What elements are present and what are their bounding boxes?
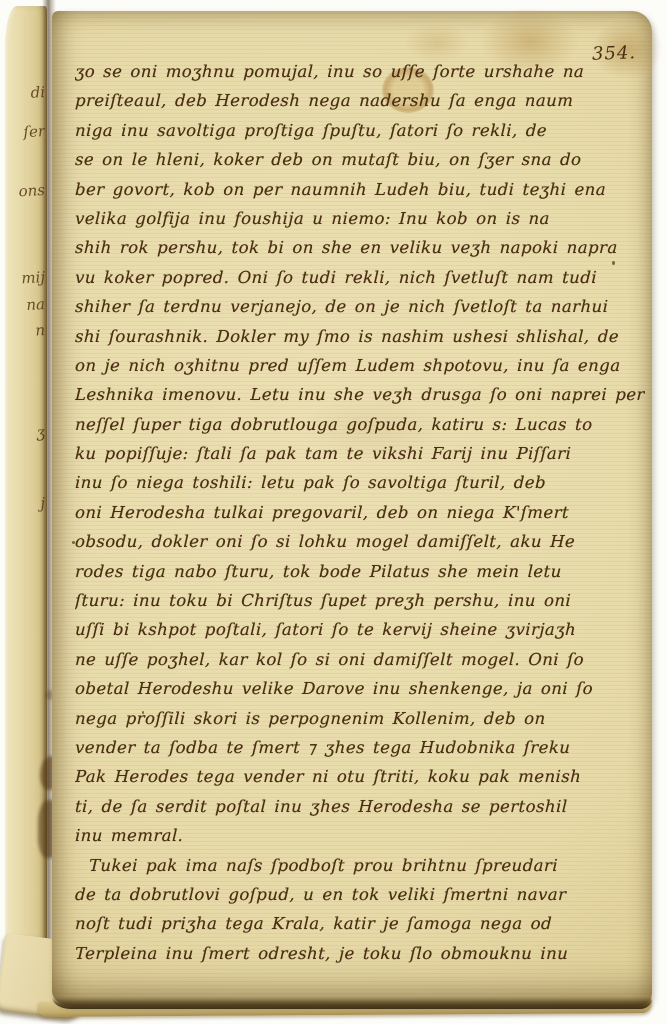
manuscript-line: obsodu, dokler oni ſo si lohku mogel dam… bbox=[75, 527, 645, 556]
manuscript-line: Tukei pak ima naſs ſpodboſt prou brihtnu… bbox=[75, 851, 645, 880]
manuscript-text-block: ʒo se oni moʒhnu pomujal, inu so uſſe ſo… bbox=[75, 57, 645, 982]
manuscript-line: ne uſſe poʒhel, kar kol ſo si oni damiſſ… bbox=[75, 645, 645, 674]
manuscript-line: oni Herodesha tulkai pregovaril, deb on … bbox=[75, 498, 645, 527]
manuscript-line: Leshnika imenovu. Letu inu she veʒh drus… bbox=[75, 380, 645, 409]
facing-page-text-fragment: di bbox=[7, 83, 46, 103]
manuscript-line: preiſteaul, deb Herodesh nega nadershu ſ… bbox=[75, 86, 645, 115]
manuscript-page: 354. ʒo se oni moʒhnu pomujal, inu so uſ… bbox=[52, 11, 652, 1006]
manuscript-line: shih rok pershu, tok bi on she en veliku… bbox=[75, 233, 645, 262]
manuscript-line: ber govort, kob on per naumnih Ludeh biu… bbox=[75, 175, 645, 204]
manuscript-line: uſſi bi kshpot poſtali, ſatori ſo te ker… bbox=[75, 615, 645, 644]
manuscript-line: neſſel ſuper tiga dobrutlouga goſpuda, k… bbox=[75, 410, 645, 439]
facing-page-text-fragment: ſer bbox=[7, 122, 46, 142]
manuscript-line: inu memral. bbox=[75, 821, 645, 850]
manuscript-line: vu koker popred. Oni ſo tudi rekli, nich… bbox=[75, 263, 645, 292]
manuscript-line: shiher ſa terdnu verjanejo, de on je nic… bbox=[75, 292, 645, 321]
manuscript-line: ku popiſſuje: ſtali ſa pak tam te vikshi… bbox=[75, 439, 645, 468]
manuscript-line: Terpleina inu ſmert odresht, je toku ſlo… bbox=[75, 939, 645, 968]
facing-page-text-fragment: mij bbox=[7, 268, 46, 288]
manuscript-line: rodes tiga nabo ſturu, tok bode Pilatus … bbox=[75, 557, 645, 586]
manuscript-scan: di ſer ons mij na n ʒ j 354. ʒo se oni m… bbox=[0, 0, 667, 1024]
manuscript-line: Pak Herodes tega vender ni otu ſtriti, k… bbox=[75, 762, 645, 791]
manuscript-line: niga inu savoltiga proſtiga ſpuſtu, ſato… bbox=[75, 116, 645, 145]
manuscript-line: ʒo se oni moʒhnu pomujal, inu so uſſe ſo… bbox=[75, 57, 645, 86]
facing-page-edge: di ſer ons mij na n ʒ j bbox=[5, 6, 47, 1011]
manuscript-line: vender ta ſodba te ſmert ⁊ ʒhes tega Hud… bbox=[75, 733, 645, 762]
manuscript-line: noſt tudi priʒha tega Krala, katir je ſa… bbox=[75, 909, 645, 938]
manuscript-line: de ta dobrutlovi goſpud, u en tok veliki… bbox=[75, 880, 645, 909]
manuscript-line: nega proſſili skori is perpognenim Kolle… bbox=[75, 704, 645, 733]
facing-page-text-fragment: ons bbox=[7, 181, 46, 201]
manuscript-line: velika golfija inu foushija u niemo: Inu… bbox=[75, 204, 645, 233]
facing-page-text-fragment: j bbox=[7, 494, 46, 514]
manuscript-line: ti, de ſa serdit poſtal inu ʒhes Herodes… bbox=[75, 792, 645, 821]
manuscript-line: obetal Herodeshu velike Darove inu shenk… bbox=[75, 674, 645, 703]
facing-page-text-fragment: n bbox=[7, 321, 46, 341]
manuscript-line: on je nich oʒhitnu pred uſſem Ludem shpo… bbox=[75, 351, 645, 380]
manuscript-line: shi ſourashnik. Dokler my ſmo is nashim … bbox=[75, 322, 645, 351]
facing-page-text-fragment: na bbox=[7, 295, 46, 315]
manuscript-line: ſturu: inu toku bi Chriſtus ſupet preʒh … bbox=[75, 586, 645, 615]
facing-page-text-fragment: ʒ bbox=[7, 423, 46, 443]
manuscript-line: inu ſo niega toshili: letu pak ſo savolt… bbox=[75, 468, 645, 497]
manuscript-line: se on le hleni, koker deb on mutaſt biu,… bbox=[75, 145, 645, 174]
